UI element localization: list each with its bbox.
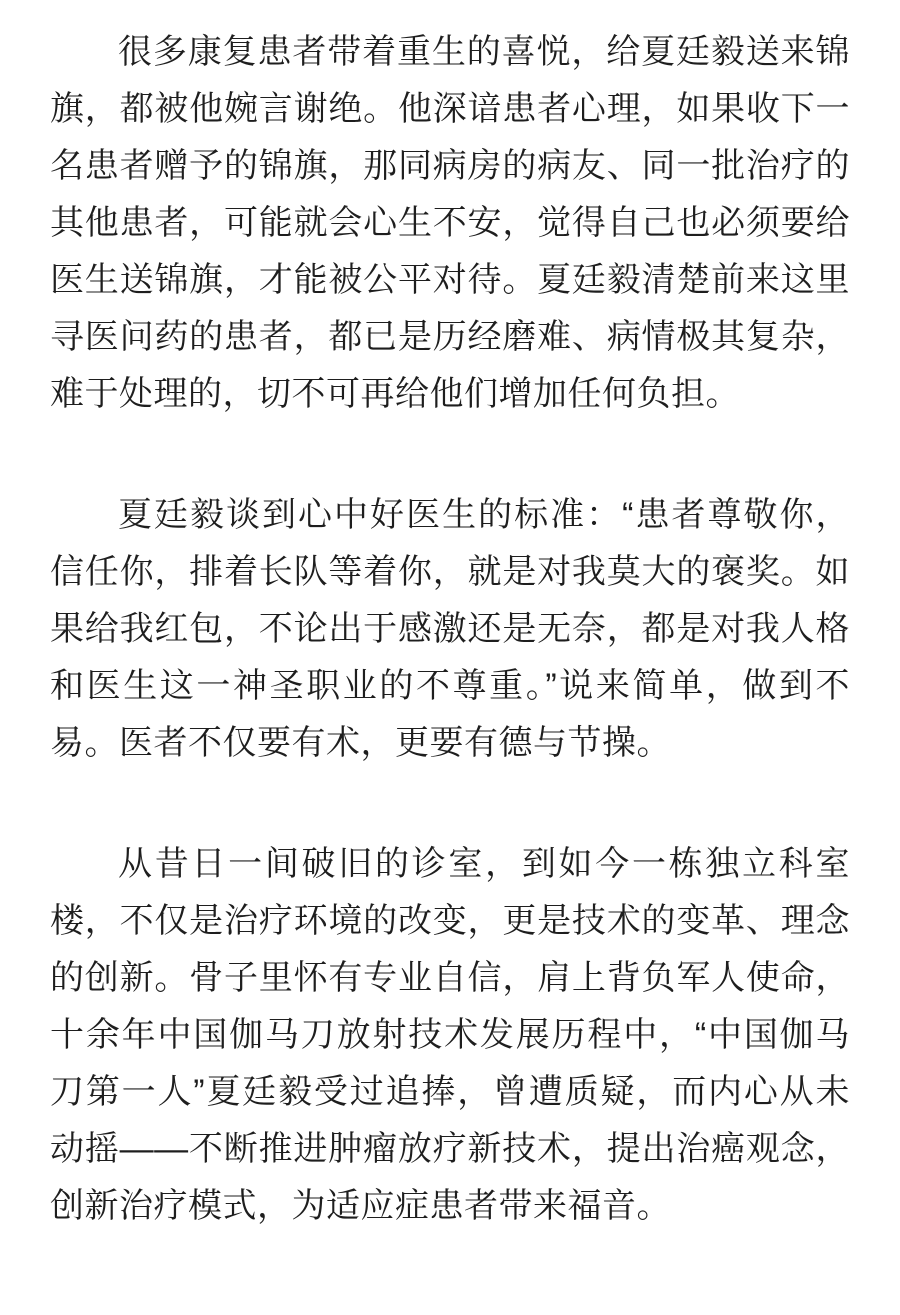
paragraph-2: 夏廷毅谈到心中好医生的标准：“患者尊敬你，信任你，排着长队等着你，就是对我莫大的… <box>50 487 850 772</box>
paragraph-3: 从昔日一间破旧的诊室，到如今一栋独立科室楼，不仅是治疗环境的改变，更是技术的变革… <box>50 836 850 1235</box>
article-page: 很多康复患者带着重生的喜悦，给夏廷毅送来锦旗，都被他婉言谢绝。他深谙患者心理，如… <box>0 0 900 1315</box>
paragraph-1: 很多康复患者带着重生的喜悦，给夏廷毅送来锦旗，都被他婉言谢绝。他深谙患者心理，如… <box>50 24 850 423</box>
